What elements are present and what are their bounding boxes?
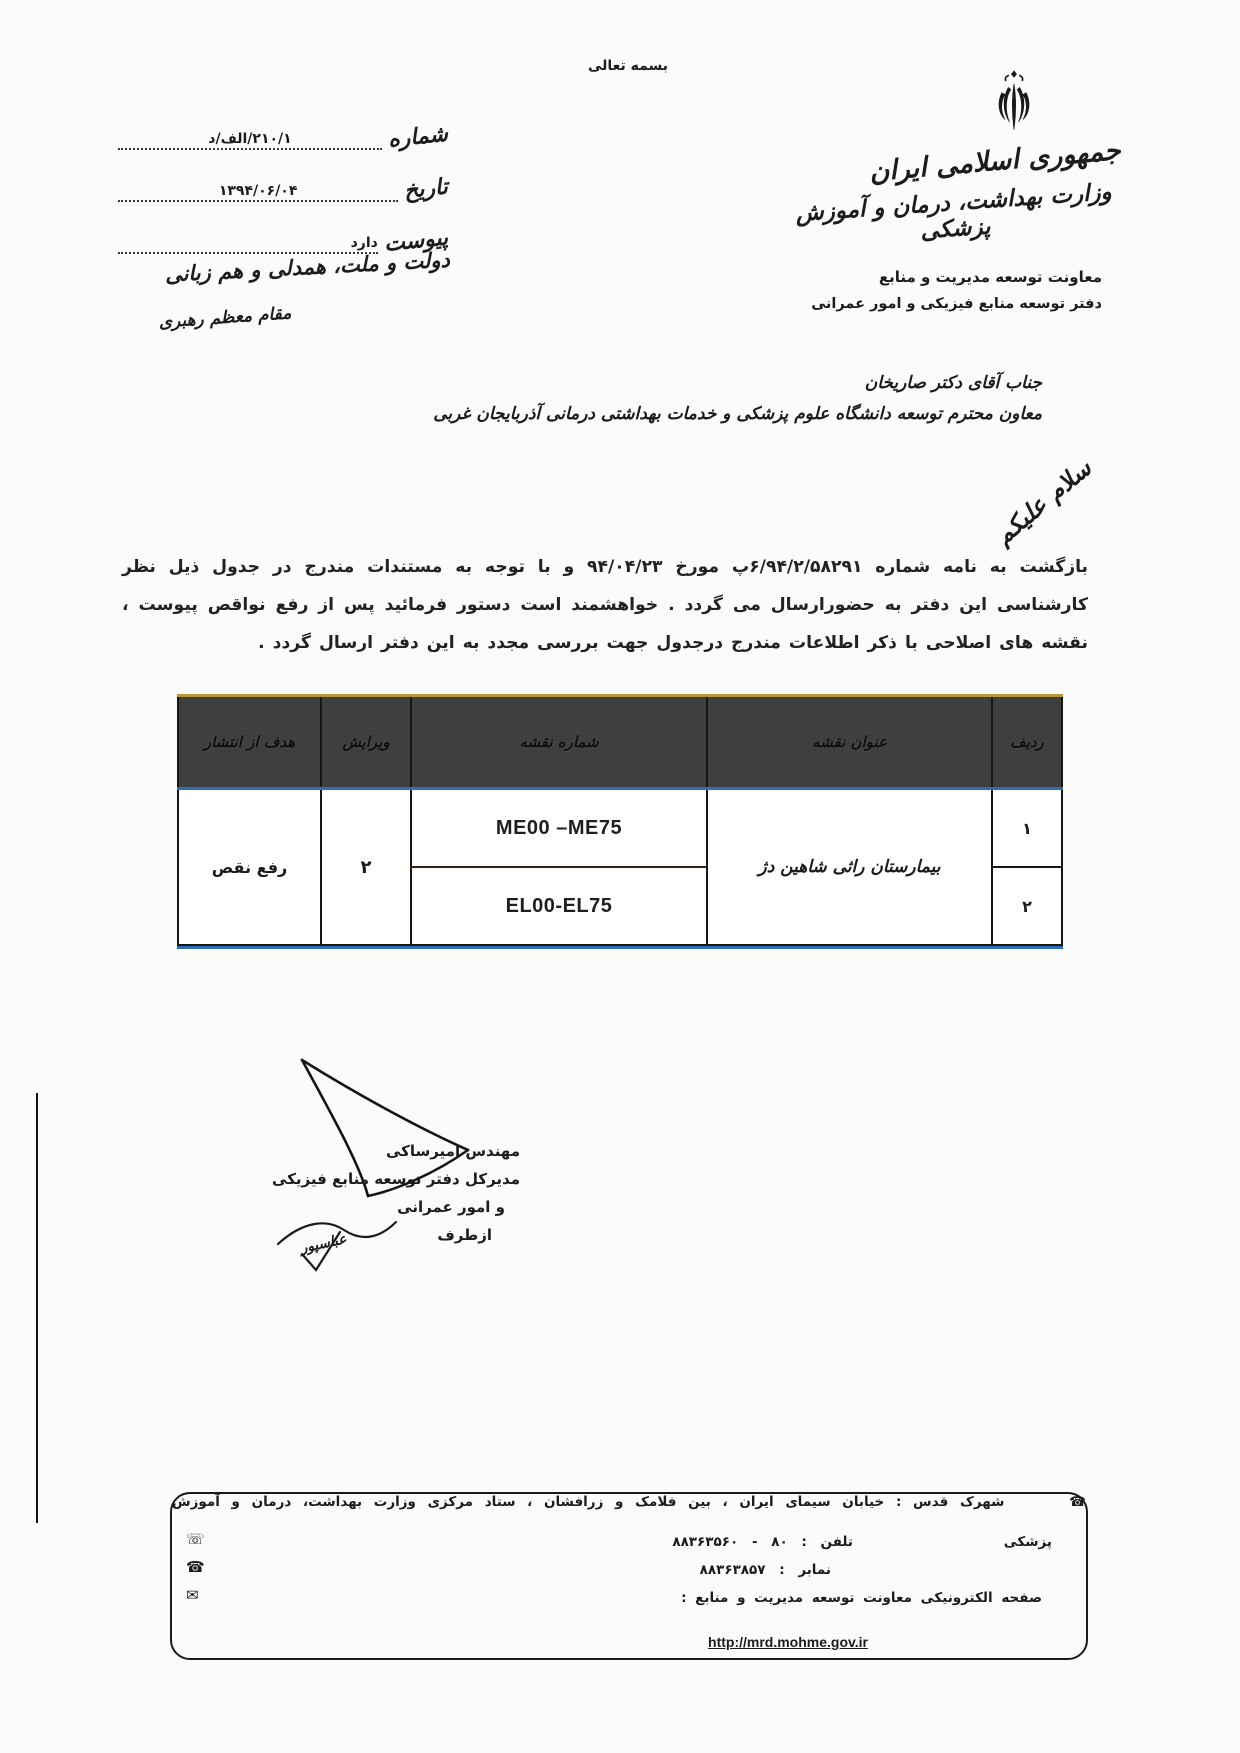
website-label: صفحه الکترونیکی معاونت توسعه مدیریت و من…	[681, 1590, 1042, 1606]
attachment-value: دارد	[118, 235, 378, 254]
header-purpose: هدف از انتشار	[178, 696, 321, 789]
phone-line: تلفن : ۸۰ - ۸۸۳۶۳۵۶۰	[672, 1534, 853, 1550]
address-line: ☎ شهرک قدس : خیابان سیمای ایران ، بین فل…	[172, 1494, 1086, 1510]
map-number-cell-2: EL00-EL75	[411, 867, 707, 945]
edition-cell: ۲	[321, 789, 411, 946]
maps-table: ردیف عنوان نقشه شماره نقشه ویرایش هدف از…	[177, 694, 1063, 946]
letterhead-deputy: معاونت توسعه مدیریت و منابع	[879, 268, 1102, 286]
slogan-attribution: مقام معظم رهبری	[135, 302, 316, 335]
scan-artifact-line	[36, 1093, 38, 1523]
table-row: ۱ بیمارستان راثی شاهین دژ ME00 –ME75 ۲ ر…	[178, 789, 1062, 868]
signature-on-behalf: ازطرف	[437, 1226, 492, 1244]
letterhead-ministry: وزارت بهداشت، درمان و آموزش پزشکی	[771, 177, 1139, 254]
fax-line: نمابر : ۸۸۳۶۳۸۵۷	[700, 1562, 831, 1578]
date-label: تاریخ	[397, 174, 449, 204]
number-value: ۲۱۰/۱/الف/د	[118, 131, 382, 150]
table-header-row: ردیف عنوان نقشه شماره نقشه ویرایش هدف از…	[178, 696, 1062, 789]
number-field: شماره ۲۱۰/۱/الف/د	[118, 98, 448, 150]
number-label: شماره	[381, 122, 449, 154]
date-field: تاریخ ۱۳۹۴/۰۶/۰۴	[118, 150, 448, 202]
body-paragraph: بازگشت به نامه شماره ۶/۹۴/۲/۵۸۲۹۱پ مورخ …	[122, 548, 1088, 662]
besmellah-text: بسمه تعالی	[528, 58, 728, 74]
website-url: http://mrd.mohme.gov.ir	[708, 1634, 868, 1650]
header-radif: ردیف	[992, 696, 1062, 789]
fax-label: نمابر :	[779, 1562, 831, 1578]
fax-value: ۸۸۳۶۳۸۵۷	[700, 1562, 766, 1578]
letterhead-office: دفتر توسعه منابع فیزیکی و امور عمرانی	[811, 296, 1102, 312]
address-phone-icon: ☎	[1069, 1494, 1086, 1510]
map-title-cell: بیمارستان راثی شاهین دژ	[707, 789, 992, 946]
phone-icon: ☏	[186, 1530, 205, 1548]
phone-label: تلفن :	[801, 1534, 853, 1550]
recipient-name: جناب آقای دکتر صاریخان	[282, 368, 1042, 399]
header-map-number: شماره نقشه	[411, 696, 707, 789]
map-number-cell-1: ME00 –ME75	[411, 789, 707, 868]
recipient-title: معاون محترم توسعه دانشگاه علوم پزشکی و خ…	[282, 399, 1042, 430]
row1-number: ۱	[992, 789, 1062, 868]
address-text: شهرک قدس : خیابان سیمای ایران ، بین فلام…	[172, 1494, 1004, 1510]
salutation-script: سلام علیکم	[990, 454, 1097, 550]
address-continuation: پزشکی	[1004, 1534, 1052, 1550]
signature-title-2: و امور عمرانی	[397, 1198, 505, 1216]
row2-number: ۲	[992, 867, 1062, 945]
scanned-letter-page: بسمه تعالی جمهوری اسلامی ایران وزارت بهد…	[0, 0, 1240, 1753]
date-value: ۱۳۹۴/۰۶/۰۴	[118, 183, 398, 202]
header-edition: ویرایش	[321, 696, 411, 789]
recipient-block: جناب آقای دکتر صاریخان معاون محترم توسعه…	[282, 368, 1042, 430]
header-map-title: عنوان نقشه	[707, 696, 992, 789]
envelope-icon: ✉	[186, 1586, 199, 1604]
iran-emblem-icon	[982, 64, 1046, 152]
letter-meta-fields: شماره ۲۱۰/۱/الف/د تاریخ ۱۳۹۴/۰۶/۰۴ پیوست…	[118, 98, 448, 254]
phone-value: ۸۰ - ۸۸۳۶۳۵۶۰	[672, 1534, 787, 1550]
signature-title-1: مدیرکل دفتر توسعه منابع فیزیکی	[272, 1170, 520, 1188]
footer-contact-box: ☎ شهرک قدس : خیابان سیمای ایران ، بین فل…	[170, 1492, 1088, 1660]
fax-icon: ☎	[186, 1558, 205, 1576]
signature-name: مهندس امیرساکی	[386, 1142, 520, 1160]
purpose-cell: رفع نقص	[178, 789, 321, 946]
attachment-field: پیوست دارد	[118, 202, 448, 254]
